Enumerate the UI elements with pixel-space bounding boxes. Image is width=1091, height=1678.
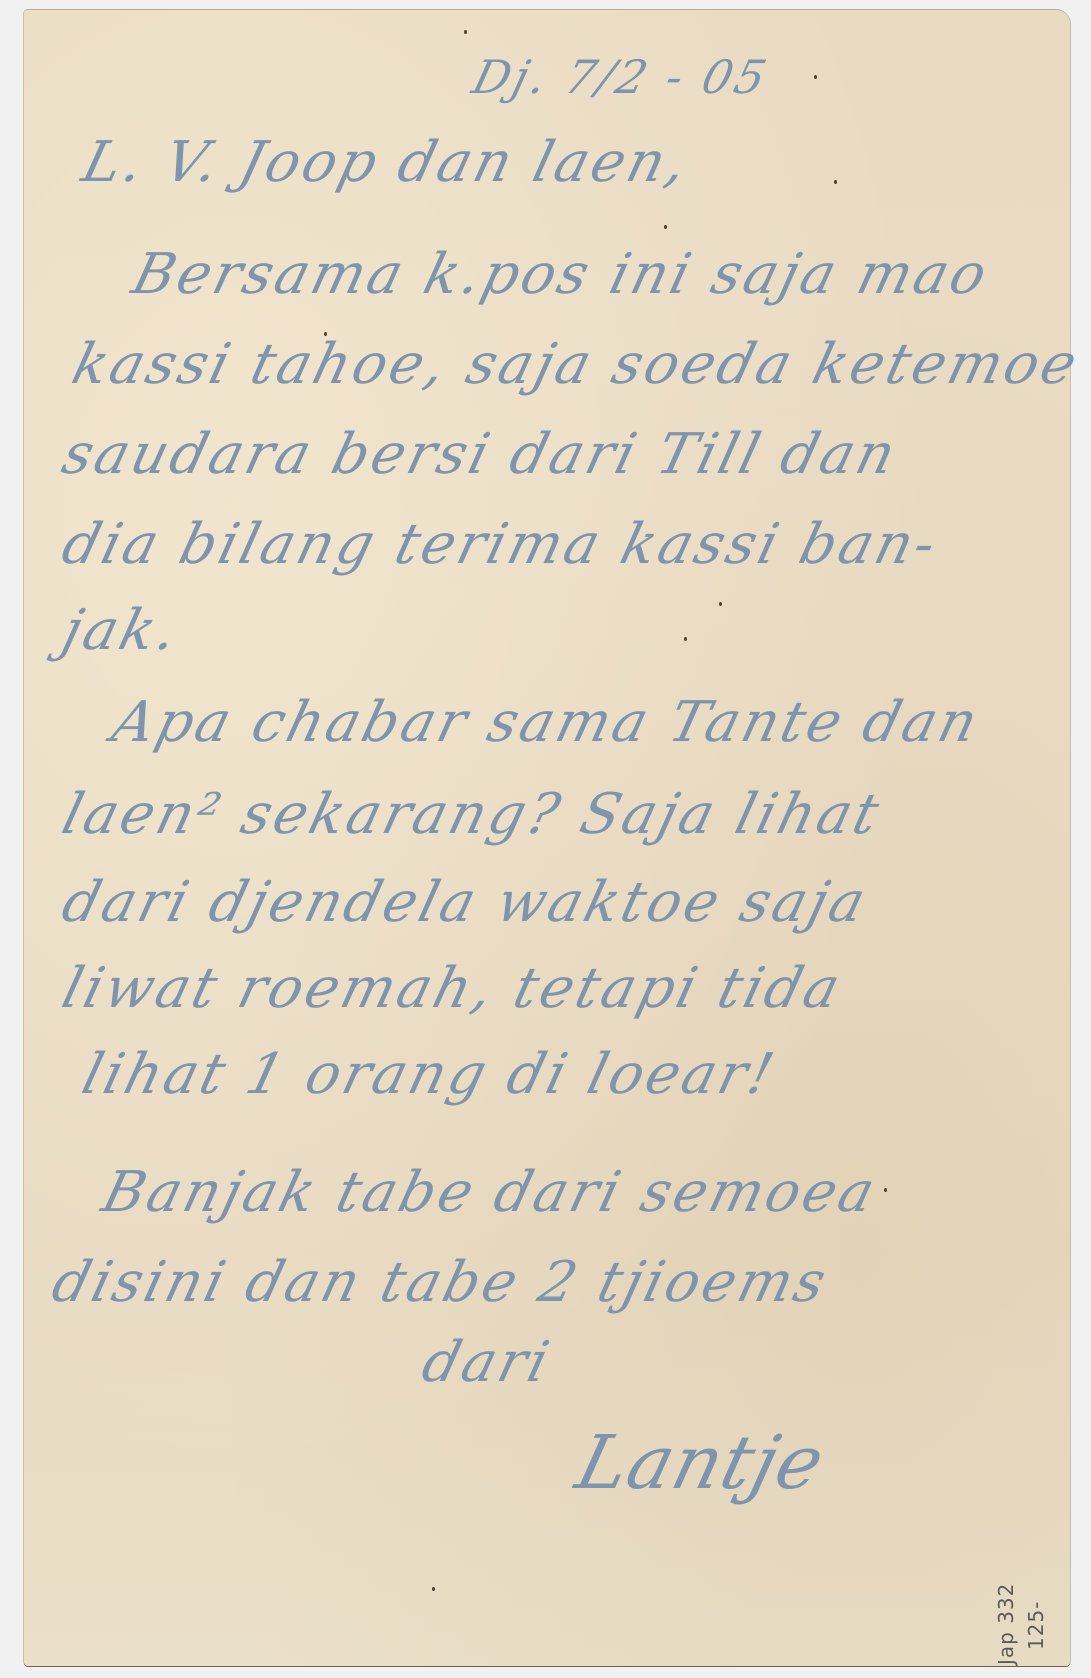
foxing-spot xyxy=(464,30,467,34)
salutation: L. V. Joop dan laen, xyxy=(76,130,696,195)
pencil-note-line1: Jap 332 xyxy=(994,1583,1018,1665)
foxing-spot xyxy=(664,225,667,229)
body-line: kassi tahoe, saja soeda ketemoe xyxy=(66,332,1086,397)
body-line: dari xyxy=(416,1330,558,1395)
body-line: Banjak tabe dari semoea xyxy=(96,1160,884,1225)
foxing-spot xyxy=(814,75,817,79)
signature: Lantje xyxy=(568,1420,833,1506)
foxing-spot xyxy=(719,602,722,606)
body-line: lihat 1 orang di loear! xyxy=(76,1042,783,1107)
foxing-spot xyxy=(324,332,327,336)
body-line: Bersama k.pos ini saja mao xyxy=(126,242,996,307)
foxing-spot xyxy=(432,1587,435,1591)
foxing-spot xyxy=(884,1188,887,1192)
body-line: dia bilang terima kassi ban- xyxy=(56,512,945,577)
foxing-spot xyxy=(834,180,837,184)
postcard: Dj. 7/2 - 05 L. V. Joop dan laen, Bersam… xyxy=(24,10,1070,1666)
body-line: laen² sekarang? Saja lihat xyxy=(56,782,888,847)
body-line: jak. xyxy=(56,598,187,663)
body-line: dari djendela waktoe saja xyxy=(56,870,875,935)
body-line: saudara bersi dari Till dan xyxy=(56,422,905,487)
pencil-note-line2: 125- xyxy=(1024,1601,1048,1650)
body-line: Apa chabar sama Tante dan xyxy=(106,690,987,755)
foxing-spot xyxy=(684,637,687,641)
body-line: liwat roemah, tetapi tida xyxy=(56,956,849,1021)
date-line: Dj. 7/2 - 05 xyxy=(467,50,774,104)
body-line: disini dan tabe 2 tjioems xyxy=(46,1250,835,1315)
